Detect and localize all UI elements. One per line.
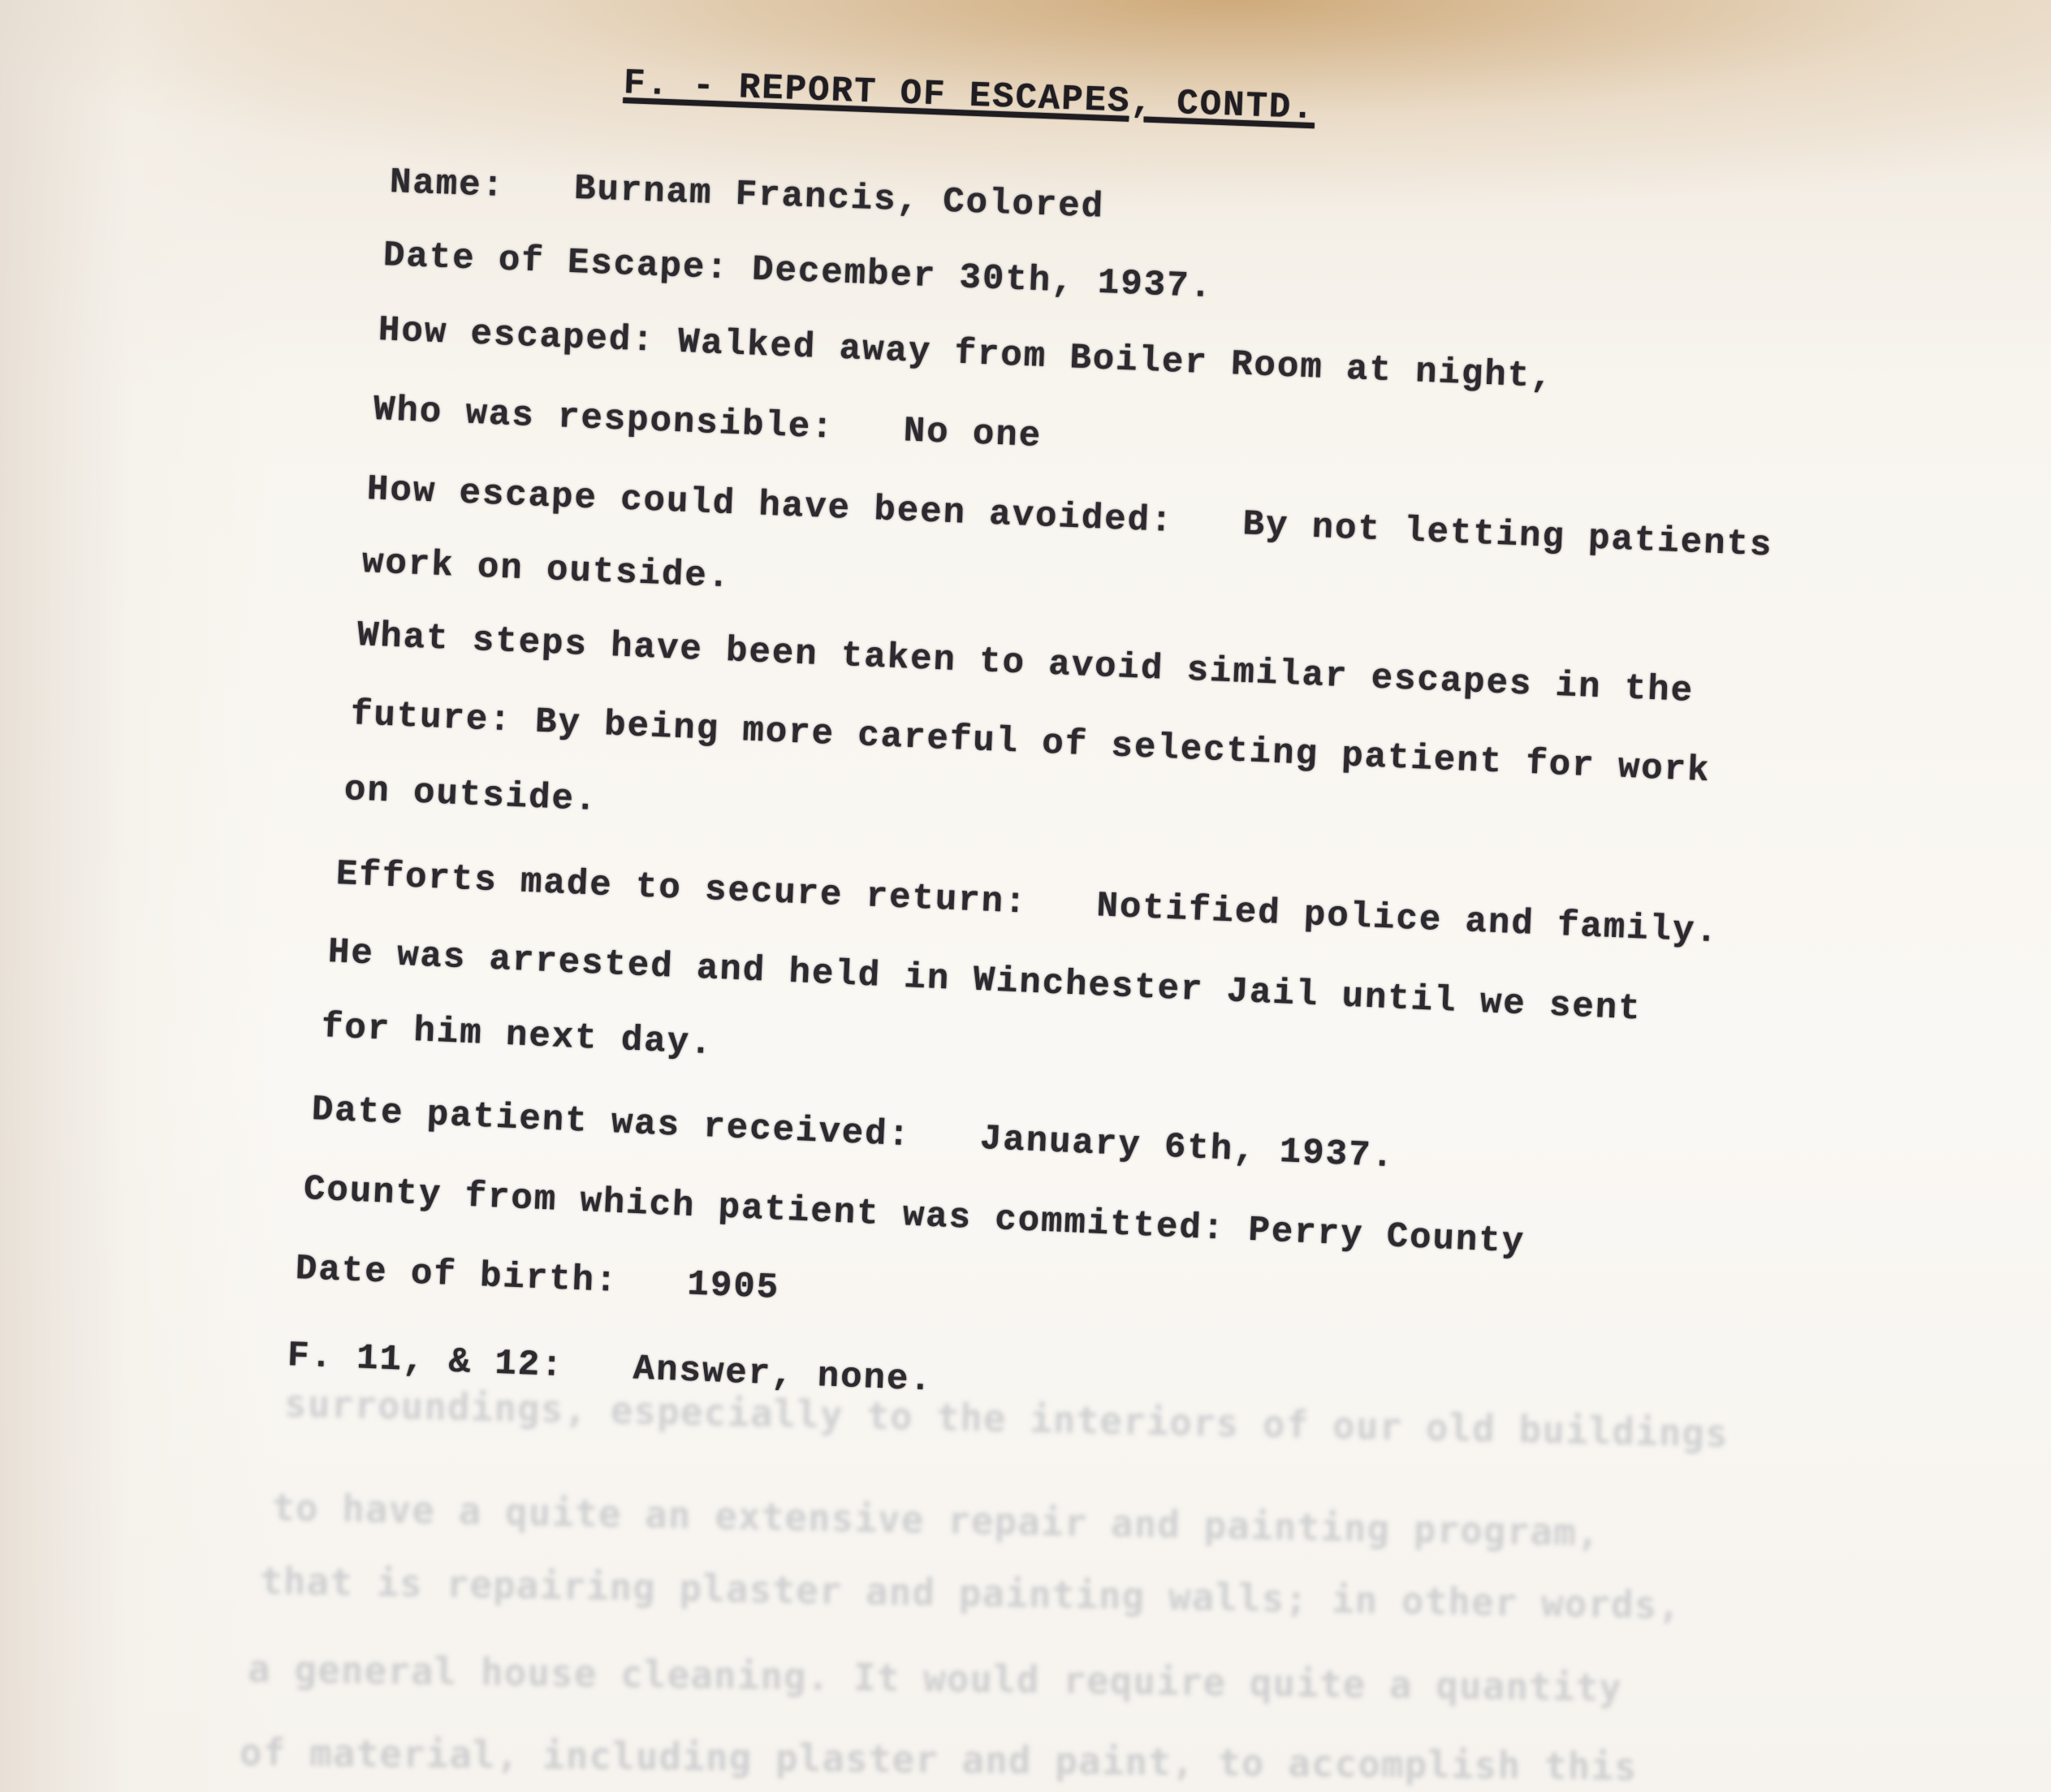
field-label: Name: bbox=[389, 162, 506, 207]
field-value: No one bbox=[903, 411, 1043, 457]
field-value: 1905 bbox=[686, 1264, 780, 1309]
